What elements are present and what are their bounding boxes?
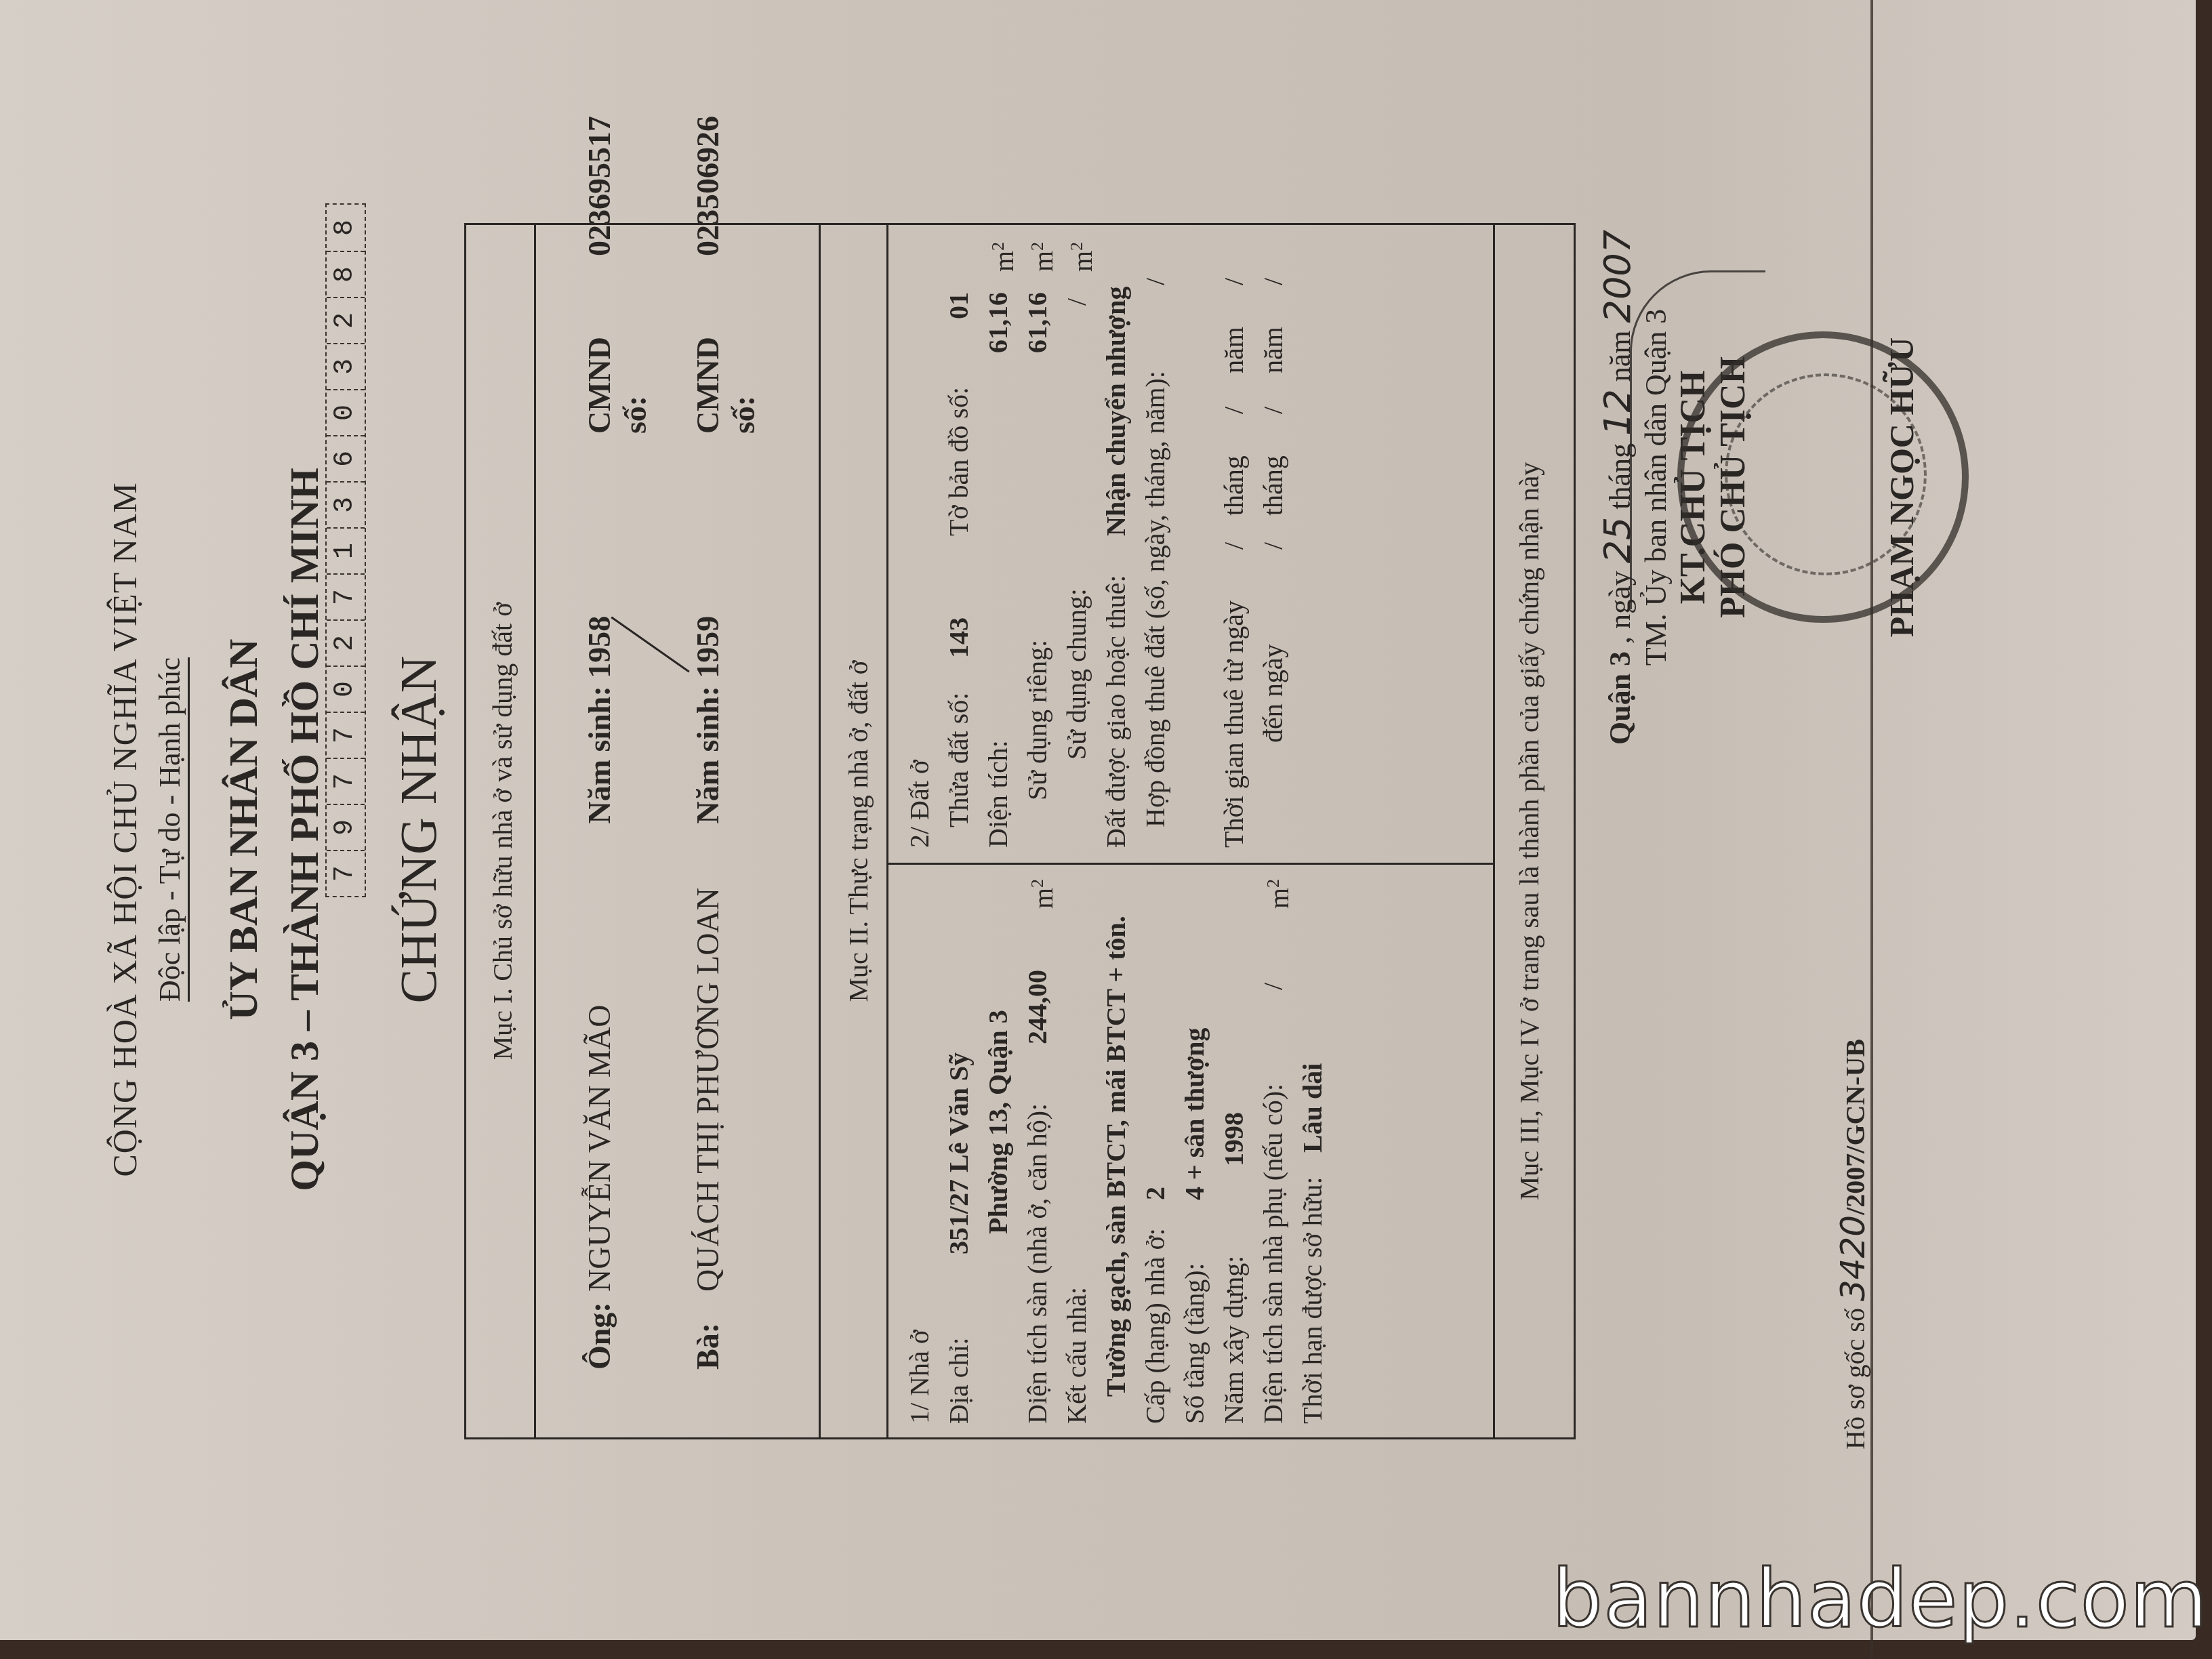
- allocation-row: Đất được giao hoặc thuê: Nhận chuyển như…: [1097, 231, 1136, 848]
- floor-area-value: 244,00: [1018, 970, 1057, 1044]
- unit-text: m: [1067, 251, 1098, 272]
- year-label: năm: [1214, 327, 1254, 373]
- aux-area-row: Diện tích sàn nhà phụ (nếu có): / m2: [1254, 868, 1293, 1424]
- blank: /: [1214, 542, 1254, 550]
- serial-digit: 8: [327, 205, 365, 251]
- section2-heading: Mục II. Thực trạng nhà ở, đất ở: [842, 225, 874, 1437]
- private-use-row: Sử dụng riêng: 61,16 m2: [1018, 231, 1057, 848]
- certificate-document: CỘNG HOÀ XÃ HỘI CHỦ NGHĨA VIỆT NAM Độc l…: [17, 67, 1881, 1592]
- owner-title: Bà:: [690, 1292, 762, 1370]
- allocation-label: Đất được giao hoặc thuê:: [1101, 575, 1131, 848]
- year-built-row: Năm xây dựng: 1998: [1214, 868, 1254, 1424]
- owner-birth-year: Năm sinh: 1959: [690, 434, 762, 823]
- shared-use-row: Sử dụng chung: / m2: [1057, 231, 1097, 848]
- divider: [1493, 225, 1495, 1437]
- record-number-value: 3420: [1833, 1215, 1872, 1301]
- column-divider: [886, 863, 1493, 865]
- blank: /: [1214, 278, 1254, 285]
- serial-digit: 3: [327, 343, 365, 389]
- serial-digit: 2: [327, 297, 365, 343]
- section1-heading: Mục I. Chủ sở hữu nhà ở và sử dụng đất ở: [487, 225, 518, 1437]
- unit-text: m: [1264, 888, 1294, 909]
- area-row: Diện tích: 61,16 m2: [979, 231, 1018, 848]
- blank: /: [1254, 407, 1293, 414]
- aux-area-label: Diện tích sàn nhà phụ (nếu có):: [1258, 1084, 1288, 1424]
- unit-text: m: [1028, 888, 1059, 909]
- year-label: năm: [1254, 327, 1293, 373]
- serial-digit: 8: [327, 251, 365, 297]
- issue-year: 2007: [1596, 230, 1639, 323]
- area-value: 61,16: [979, 292, 1018, 353]
- ownership-term-row: Thời hạn được sở hữu: Lâu dài: [1293, 868, 1332, 1424]
- owner-name: NGUYỄN VĂN MÃO: [581, 823, 653, 1291]
- blank: /: [1254, 542, 1293, 550]
- serial-digit: 2: [327, 619, 365, 665]
- map-sheet-label: Tờ bản đồ số:: [939, 387, 979, 536]
- nation-heading: CỘNG HOÀ XÃ HỘI CHỦ NGHĨA VIỆT NAM: [105, 67, 144, 1592]
- owner-id-label: CMND số:: [581, 297, 653, 434]
- divider: [886, 225, 888, 1437]
- serial-digit: 7: [327, 758, 365, 804]
- parcel-label: Thửa đất số:: [943, 693, 974, 848]
- map-sheet-value: 01: [939, 292, 979, 319]
- district-city-heading: QUẬN 3 – THÀNH PHỐ HỒ CHÍ MINH: [281, 67, 328, 1592]
- year-built-value: 1998: [1214, 1112, 1254, 1166]
- parcel-value: 143: [939, 617, 979, 658]
- record-label: Hồ sơ gốc số: [1840, 1308, 1870, 1450]
- motto: Độc lập - Tự do - Hạnh phúc: [152, 67, 187, 1592]
- address-row2: Phường 13, Quận 3: [979, 868, 1018, 1424]
- owner-title: Ông:: [581, 1292, 653, 1370]
- owner-birth-year: Năm sinh: 1958: [581, 434, 653, 823]
- private-use-label: Sử dụng riêng:: [1022, 640, 1052, 848]
- owner-id-label: CMND số:: [690, 297, 762, 434]
- unit-text: m: [1028, 251, 1059, 272]
- land-details: 2/ Đất ở Thửa đất số: 143 Tờ bản đồ số: …: [900, 231, 1293, 848]
- watermark: bannhadep.com: [1552, 1552, 2209, 1645]
- grade-value: 2: [1136, 1187, 1175, 1200]
- parcel-row: Thửa đất số: 143 Tờ bản đồ số: 01: [939, 231, 979, 848]
- grade-label: Cấp (hạng) nhà ở:: [1140, 1228, 1170, 1424]
- lease-from-row: Thời gian thuê từ ngày / tháng / năm /: [1214, 231, 1254, 848]
- spacer: [1175, 231, 1214, 848]
- ownership-term-value: Lâu dài: [1293, 1063, 1332, 1153]
- blank: /: [1214, 407, 1254, 414]
- month-label: tháng: [1214, 455, 1254, 516]
- grade-row: Cấp (hạng) nhà ở: 2: [1136, 868, 1175, 1424]
- authority-heading: ỦY BAN NHÂN DÂN: [220, 67, 267, 1592]
- private-use-value: 61,16: [1018, 292, 1057, 353]
- certificate-table: Mục I. Chủ sở hữu nhà ở và sử dụng đất ở…: [464, 223, 1576, 1439]
- owner-row: Ông: NGUYỄN VĂN MÃO Năm sinh: 1958 CMND …: [581, 116, 653, 1370]
- lease-contract-value: /: [1136, 278, 1175, 285]
- address-label: Địa chỉ:: [943, 1337, 974, 1424]
- record-suffix: /2007/GCN-UB: [1840, 1039, 1870, 1215]
- shared-use-value: /: [1057, 298, 1097, 306]
- divider: [534, 225, 536, 1437]
- serial-digit: 6: [327, 435, 365, 481]
- house-details: 1/ Nhà ở Địa chỉ: 351/27 Lê Văn Sỹ Phườn…: [900, 868, 1332, 1424]
- aux-area-value: /: [1254, 983, 1293, 990]
- unit-text: m: [989, 251, 1019, 272]
- divider: [819, 225, 821, 1437]
- land-title: 2/ Đất ở: [900, 231, 939, 848]
- owner-id-number: 023695517: [581, 116, 653, 256]
- ownership-term-label: Thời hạn được sở hữu:: [1297, 1176, 1328, 1424]
- address-line2: Phường 13, Quận 3: [979, 1010, 1018, 1234]
- blank: /: [1254, 278, 1293, 285]
- owner-id-number: 023506926: [690, 116, 762, 256]
- floors-label: Số tầng (tầng):: [1179, 1263, 1210, 1424]
- owner-row: Bà: QUÁCH THỊ PHƯƠNG LOAN Năm sinh: 1959…: [690, 116, 762, 1370]
- lease-from-label: Thời gian thuê từ ngày: [1218, 600, 1249, 848]
- serial-digit: 7: [327, 712, 365, 758]
- floors-value: 4 + sân thượng: [1175, 1027, 1214, 1200]
- section-note: Mục III, Mục IV ở trang sau là thành phầ…: [1513, 225, 1545, 1437]
- floors-row: Số tầng (tầng): 4 + sân thượng: [1175, 868, 1214, 1424]
- floor-area-row: Diện tích sàn (nhà ở, căn hộ): 244,00 m2: [1018, 868, 1057, 1424]
- month-label: tháng: [1254, 455, 1293, 516]
- area-label: Diện tích:: [983, 740, 1013, 848]
- lease-to-label: đến ngày: [1258, 644, 1288, 848]
- address-row: Địa chỉ: 351/27 Lê Văn Sỹ: [939, 868, 979, 1424]
- allocation-value: Nhận chuyển nhượng: [1097, 286, 1136, 536]
- shared-use-label: Sử dụng chung:: [1061, 588, 1092, 848]
- serial-digit: 0: [327, 389, 365, 435]
- lease-to-row: đến ngày / tháng / năm /: [1254, 231, 1293, 848]
- serial-digit: 1: [327, 527, 365, 573]
- address-line1: 351/27 Lê Văn Sỹ: [939, 1052, 979, 1254]
- certificate-title: CHỨNG NHẬN: [390, 67, 449, 1592]
- owner-name: QUÁCH THỊ PHƯƠNG LOAN: [690, 823, 762, 1291]
- record-number: Hồ sơ gốc số 3420/2007/GCN-UB: [1833, 1039, 1872, 1450]
- serial-digit: 7: [327, 850, 365, 896]
- structure-value: Tường gạch, sàn BTCT, mái BTCT + tôn.: [1097, 868, 1136, 1424]
- floor-area-label: Diện tích sàn (nhà ở, căn hộ):: [1022, 1103, 1052, 1424]
- serial-number-boxes: 7 9 7 7 0 2 7 1 3 6 0 3 2 8 8: [325, 203, 366, 897]
- lease-contract-row: Hợp đồng thuê đất (số, ngày, tháng, năm)…: [1136, 231, 1175, 848]
- year-built-label: Năm xây dựng:: [1218, 1256, 1249, 1424]
- serial-digit: 9: [327, 804, 365, 850]
- lease-contract-label: Hợp đồng thuê đất (số, ngày, tháng, năm)…: [1140, 371, 1170, 848]
- serial-digit: 3: [327, 481, 365, 527]
- structure-label: Kết cấu nhà:: [1057, 868, 1097, 1424]
- house-title: 1/ Nhà ở: [900, 868, 939, 1424]
- official-seal-icon: [1677, 331, 1969, 623]
- serial-digit: 0: [327, 665, 365, 712]
- serial-digit: 7: [327, 573, 365, 619]
- issue-place: Quận 3: [1603, 651, 1637, 745]
